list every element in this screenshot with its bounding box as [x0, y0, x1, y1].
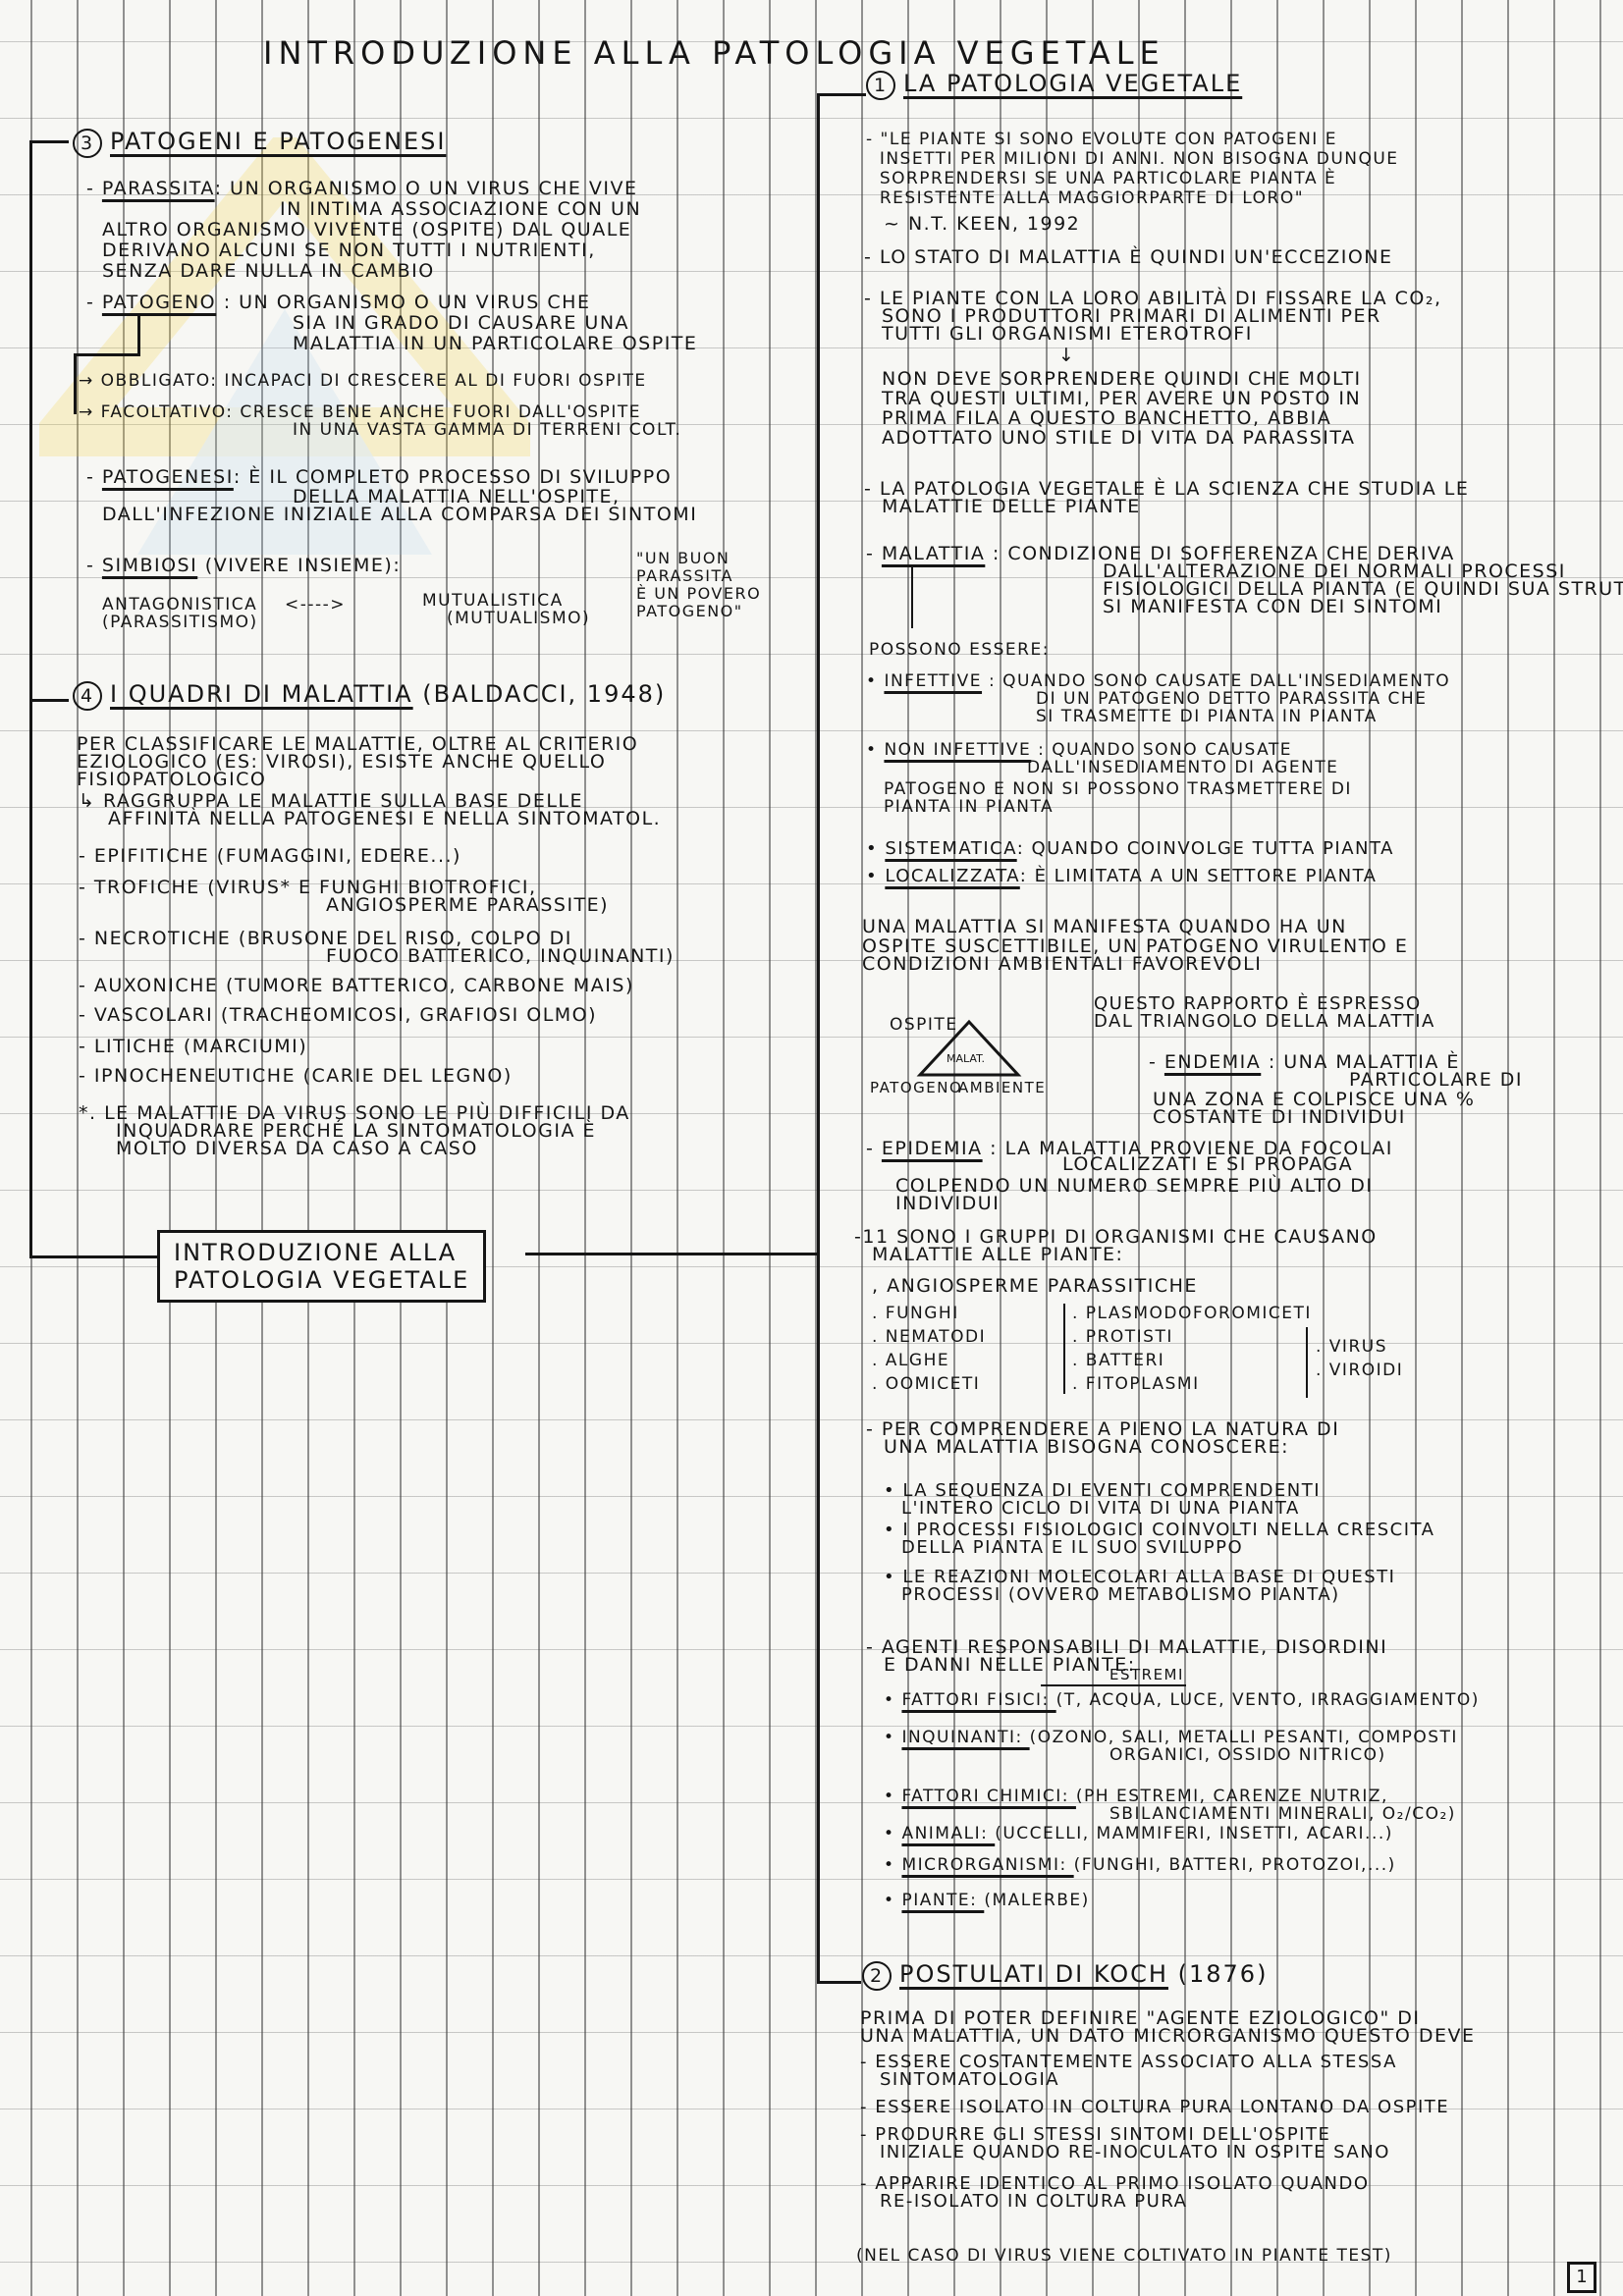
simbiosi-def: (vivere insieme):: [205, 555, 401, 576]
obbligato-line: → Obbligato: incapaci di crescere al di …: [79, 371, 647, 392]
comprendere-item: l'intero ciclo di vita di una pianta: [901, 1498, 1300, 1519]
page-title: Introduzione alla patologia vegetale: [263, 43, 1165, 64]
section-3-heading: 3Patogeni e patogenesi: [73, 129, 447, 158]
simbiosi-term: Simbiosi: [102, 555, 197, 576]
comprendere-item: processi (ovvero metabolismo pianta): [901, 1584, 1340, 1605]
connector-patogeno-bracket-v2: [74, 353, 77, 414]
s1-paragraph: prima fila a questo banchetto, abbia: [882, 408, 1331, 429]
quote-author: ~ N.T. Keen, 1992: [884, 214, 1080, 235]
agenti-item: • Microrganismi: (funghi, batteri, proto…: [884, 1855, 1396, 1876]
localizzata-definition: • Localizzata: è limitata a un settore p…: [866, 866, 1378, 886]
disease-category-item: - Epifitiche (fumaggini, edere...): [79, 846, 461, 867]
section-4-title: I quadri di malattia: [110, 680, 413, 708]
section-4-heading: 4I quadri di malattia (Baldacci, 1948): [73, 681, 666, 711]
koch-postulate-item: - Essere isolato in coltura pura lontano…: [860, 2097, 1449, 2117]
triangle-center-label: Malat.: [947, 1048, 985, 1069]
section-2-number: 2: [862, 1961, 892, 1991]
patogeno-definition: - Patogeno : un organismo o un virus che: [86, 293, 590, 313]
malattia-line: si manifesta con dei sintomi: [1103, 597, 1442, 617]
section-2-year: (1876): [1178, 1960, 1269, 1988]
agenti-def-cont: organici, ossido nitrico): [1109, 1745, 1386, 1766]
s1-paragraph: malattie delle piante: [882, 497, 1141, 517]
estremi-bracket: [1041, 1684, 1186, 1686]
section-4-number: 4: [73, 681, 102, 711]
manifesta-line: Una malattia si manifesta quando ha un: [862, 917, 1347, 937]
gruppi-divider-1: [1063, 1304, 1065, 1394]
sistematica-definition: • Sistematica: quando coinvolge tutta pi…: [866, 838, 1394, 859]
connector-left-bottom: [29, 1255, 157, 1258]
disease-category-item: - Vascolari (tracheomicosi, grafiosi olm…: [79, 1005, 597, 1026]
section-1-heading: 1La patologia vegetale: [866, 71, 1242, 100]
section-1-title: La patologia vegetale: [903, 70, 1242, 97]
gruppi-item: . Oomiceti: [872, 1374, 980, 1395]
agenti-def-cont: sbilanciamenti minerali, O₂/CO₂): [1109, 1804, 1456, 1825]
connector-left-to-s4: [29, 699, 69, 702]
disease-category-item: - Litiche (marciumi): [79, 1037, 307, 1057]
quote-line: - "Le piante si sono evolute con patogen…: [866, 130, 1337, 149]
page-number: 1: [1567, 2262, 1596, 2293]
patogenesi-definition: - Patogenesi: è il completo processo di …: [86, 467, 672, 488]
quote-line: "Un buon: [636, 549, 730, 567]
s1-paragraph: adottato uno stile di vita da parassita: [882, 428, 1356, 449]
connector-patogeno-bracket-h: [74, 353, 140, 356]
section-3-number: 3: [73, 129, 102, 158]
antagonistica-sub: (parassitismo): [102, 613, 258, 633]
agenti-def: (uccelli, mammiferi, insetti, acari...): [995, 1824, 1393, 1843]
connector-left-to-s3: [29, 140, 69, 143]
agenti-term: Fattori chimici:: [901, 1787, 1075, 1806]
epidemia-line: localizzati e si propaga: [1062, 1154, 1353, 1175]
gruppi-item: . Protisti: [1072, 1327, 1173, 1348]
quote-line: sorprendersi se una particolare pianta è: [880, 169, 1336, 188]
patogenesi-term: Patogenesi: [102, 466, 234, 488]
connector-right-to-s2: [817, 1981, 861, 1984]
localizzata-def: : è limitata a un settore pianta: [1020, 866, 1378, 886]
mutualistica-sub: (mutualismo): [447, 609, 590, 629]
estremi-label: estremi: [1109, 1665, 1184, 1685]
gruppi-item: . Nematodi: [872, 1327, 986, 1348]
parassita-definition: - Parassita: un organismo o un virus che…: [86, 179, 638, 199]
endemia-line: particolare di: [1349, 1070, 1523, 1091]
agenti-def: (ozono, sali, metalli pesanti, composti: [1030, 1728, 1458, 1747]
disease-category-item: - Auxoniche (tumore batterico, carbone m…: [79, 976, 634, 996]
section-2-title: Postulati di Koch: [899, 1960, 1168, 1988]
parassita-line: derivano alcuni se non tutti i nutrienti…: [102, 240, 596, 261]
infettive-term: Infettive: [884, 671, 982, 691]
infettive-line: si trasmette di pianta in pianta: [1036, 707, 1378, 727]
section-3-title: Patogeni e patogenesi: [110, 128, 447, 155]
gruppi-item: . Fitoplasmi: [1072, 1374, 1200, 1395]
agenti-def: (pH estremi, carenze nutriz,: [1076, 1787, 1388, 1806]
koch-postulate-item: iniziale quando re-inoculato in ospite s…: [880, 2142, 1390, 2163]
patogeno-line: : un organismo o un virus che: [224, 292, 591, 313]
section-1-number: 1: [866, 71, 895, 100]
epidemia-term: Epidemia: [882, 1138, 983, 1159]
gruppi-item: . Funghi: [872, 1304, 959, 1324]
disease-category-item: fuoco batterico, inquinanti): [326, 946, 675, 967]
s1-paragraph: tutti gli organismi eterotrofi: [882, 324, 1253, 345]
agenti-item: • Piante: (malerbe): [884, 1891, 1090, 1911]
parassita-line: : un organismo o un virus che vive: [215, 178, 638, 199]
s1-paragraph: - Lo stato di malattia è quindi un'eccez…: [864, 247, 1393, 268]
non-infettive-line: : quando sono causate: [1038, 740, 1292, 760]
gruppi-item: . Viroidi: [1316, 1361, 1403, 1381]
gruppi-item: , Angiosperme parassitiche: [872, 1276, 1198, 1297]
quote-line: parassita: [636, 566, 733, 585]
s1-paragraph: tra questi ultimi, per avere un posto in: [882, 389, 1361, 409]
comprendere-item: della pianta e il suo sviluppo: [901, 1537, 1243, 1558]
disease-category-item: - Ipnocheneutiche (carie del legno): [79, 1066, 513, 1087]
agenti-def: (T, acqua, luce, vento, irraggiamento): [1056, 1690, 1480, 1710]
s4-intro-line: fisiopatologico: [77, 770, 266, 790]
center-topic-box: Introduzione alla patologia vegetale: [157, 1230, 486, 1303]
endemia-line: costante di individui: [1153, 1107, 1406, 1128]
agenti-def: (malerbe): [984, 1891, 1090, 1910]
non-infettive-term: Non infettive: [884, 740, 1031, 760]
symbiosis-quote: "Un buon parassita è un povero patogeno": [636, 550, 761, 620]
s1-paragraph: Non deve sorprendere quindi che molti: [882, 369, 1362, 390]
patogeno-term: Patogeno: [102, 292, 216, 313]
endemia-term: Endemia: [1164, 1051, 1261, 1073]
koch-postulate-item: re-isolato in coltura pura: [880, 2191, 1187, 2212]
patogenesi-line: : è il completo processo di sviluppo: [234, 466, 672, 488]
quote-line: insetti per milioni di anni. Non bisogna…: [880, 149, 1399, 169]
keen-quote: - "Le piante si sono evolute con patogen…: [866, 130, 1399, 208]
patogenesi-line: dall'infezione iniziale alla comparsa de…: [102, 505, 697, 525]
down-arrow-icon: ↓: [1058, 346, 1075, 366]
parassita-term: Parassita: [102, 178, 215, 199]
s4-arrow-note: affinità nella patogenesi e nella sintom…: [108, 809, 661, 829]
parassita-line: in intima associazione con un: [280, 199, 641, 220]
malattia-term: Malattia: [882, 543, 985, 564]
manifesta-line: condizioni ambientali favorevoli: [862, 954, 1262, 975]
sistematica-def: : quando coinvolge tutta pianta: [1017, 838, 1394, 859]
bidirectional-arrow-icon: <---->: [285, 595, 346, 615]
gruppi-item: . Alghe: [872, 1351, 949, 1371]
triangle-patogeno-label: Patogeno: [870, 1078, 962, 1098]
agenti-item: • Animali: (uccelli, mammiferi, insetti,…: [884, 1824, 1393, 1844]
quote-line: resistente alla maggiorparte di loro": [880, 188, 1304, 208]
connector-center-right: [525, 1253, 820, 1255]
agenti-item: • Fattori fisici: (T, acqua, luce, vento…: [884, 1690, 1480, 1711]
gruppi-intro: malattie alle piante:: [872, 1245, 1123, 1265]
patogeno-line: sia in grado di causare una: [293, 313, 629, 334]
epidemia-line: individui: [895, 1194, 1000, 1214]
comprendere-intro: una malattia bisogna conoscere:: [884, 1437, 1289, 1458]
section-4-citation: (Baldacci, 1948): [422, 680, 666, 708]
quote-line: è un povero: [636, 584, 761, 603]
facoltativo-line-2: in una vasta gamma di terreni colt.: [293, 420, 681, 441]
agenti-term: Inquinanti:: [901, 1728, 1029, 1747]
connector-patogeno-bracket-v: [137, 314, 140, 355]
gruppi-item: . Batteri: [1072, 1351, 1164, 1371]
s4-footnote: molto diversa da caso a caso: [116, 1139, 478, 1159]
agenti-def: (funghi, batteri, protozoi,...): [1074, 1855, 1396, 1875]
center-box-line-1: Introduzione alla: [174, 1239, 457, 1266]
koch-intro: una malattia, un dato microrganismo ques…: [860, 2026, 1476, 2047]
agenti-term: Piante:: [901, 1891, 984, 1910]
gruppi-item: . Plasmodoforomiceti: [1072, 1304, 1312, 1324]
koch-note: (nel caso di virus viene coltivato in pi…: [856, 2246, 1392, 2267]
facoltativo-text: Facoltativo: cresce bene anche fuori dal…: [101, 402, 641, 422]
connector-right-to-s1: [817, 93, 866, 96]
triangle-ambiente-label: Ambiente: [958, 1078, 1046, 1098]
patogeno-line: malattia in un particolare ospite: [293, 334, 697, 354]
parassita-line: altro organismo vivente (ospite) dal qua…: [102, 220, 631, 240]
obbligato-text: Obbligato: incapaci di crescere al di fu…: [101, 371, 647, 391]
koch-postulate-item: sintomatologia: [880, 2069, 1059, 2090]
section-2-heading: 2Postulati di Koch (1876): [862, 1961, 1268, 1991]
malattia-down-connector: [911, 567, 913, 628]
gruppi-item: . Virus: [1316, 1337, 1387, 1358]
gruppi-divider-2: [1306, 1327, 1308, 1398]
possono-essere-label: Possono essere:: [869, 640, 1050, 661]
quote-line: patogeno": [636, 602, 743, 620]
center-box-line-2: patologia vegetale: [174, 1266, 469, 1294]
sistematica-term: Sistematica: [885, 838, 1016, 859]
connector-right-vertical: [817, 93, 820, 1983]
disease-category-item: angiosperme parassite): [326, 895, 609, 916]
simbiosi-definition: - Simbiosi (vivere insieme):: [86, 556, 401, 576]
infettive-line: : quando sono causate dall'insediamento: [989, 671, 1450, 691]
agenti-intro: e danni nelle piante:: [884, 1655, 1136, 1676]
agenti-term: Microrganismi:: [901, 1855, 1073, 1875]
agenti-term: Animali:: [901, 1824, 995, 1843]
non-infettive-line: pianta in pianta: [884, 797, 1054, 818]
triangle-caption: dal triangolo della malattia: [1094, 1011, 1435, 1032]
localizzata-term: Localizzata: [885, 866, 1019, 886]
non-infettive-line: dall'insediamento di agente: [1027, 758, 1338, 778]
parassita-line: senza dare nulla in cambio: [102, 261, 435, 282]
agenti-term: Fattori fisici:: [901, 1690, 1055, 1710]
